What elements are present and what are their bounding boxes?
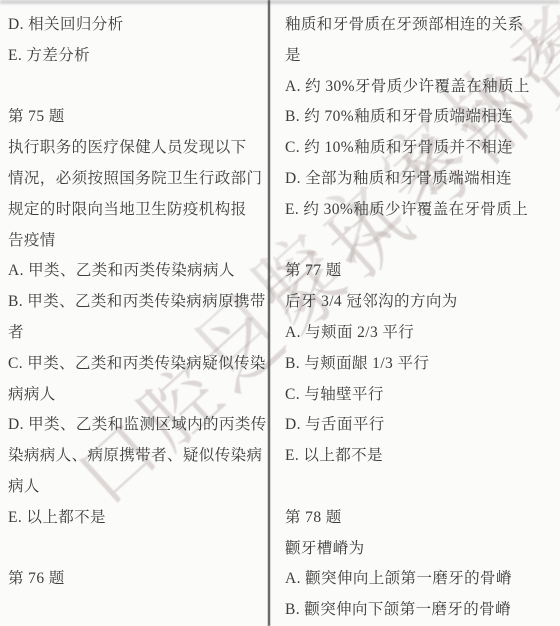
option-line: E. 以上都不是 [285, 441, 560, 472]
question-78-number: 第 78 题 [285, 503, 560, 534]
right-column: 釉质和牙骨质在牙颈部相连的关系 是 A. 约 30%牙骨质少许覆盖在釉质上 B.… [285, 0, 560, 626]
option-line-wrap: 病病人 [8, 380, 266, 411]
spacer-line [8, 534, 266, 565]
option-line: B. 与颊面龈 1/3 平行 [285, 349, 560, 380]
spacer-line [285, 472, 560, 503]
question-77-stem-line: 后牙 3/4 冠邻沟的方向为 [285, 287, 560, 318]
question-75-stem-line: 执行职务的医疗保健人员发现以下 [8, 133, 266, 164]
option-line: E. 方差分析 [8, 41, 266, 72]
option-line-wrap: 病人 [8, 472, 266, 503]
question-76-stem-line: 釉质和牙骨质在牙颈部相连的关系 [285, 10, 560, 41]
option-line: C. 约 10%釉质和牙骨质并不相连 [285, 133, 560, 164]
option-line: A. 甲类、乙类和丙类传染病病人 [8, 256, 266, 287]
question-76-number: 第 76 题 [8, 564, 266, 595]
option-line: A. 约 30%牙骨质少许覆盖在釉质上 [285, 72, 560, 103]
option-line: D. 甲类、乙类和监测区域内的丙类传 [8, 410, 266, 441]
question-77-number: 第 77 题 [285, 256, 560, 287]
option-line: A. 颧突伸向上颌第一磨牙的骨嵴 [285, 564, 560, 595]
column-divider [268, 0, 270, 626]
exam-question-page: 口腔之家执考部资料 口腔之家执考部资料 D. 相关回归分析 E. 方差分析 第 … [0, 0, 560, 626]
spacer-line [8, 595, 266, 626]
question-75-number: 第 75 题 [8, 102, 266, 133]
option-line: D. 相关回归分析 [8, 10, 266, 41]
left-column: D. 相关回归分析 E. 方差分析 第 75 题 执行职务的医疗保健人员发现以下… [8, 0, 266, 626]
option-line-wrap: 染病病人、病原携带者、疑似传染病 [8, 441, 266, 472]
option-line-wrap: 者 [8, 318, 266, 349]
option-line: E. 约 30%釉质少许覆盖在牙骨质上 [285, 195, 560, 226]
option-line: B. 甲类、乙类和丙类传染病病原携带 [8, 287, 266, 318]
cropped-line-remnant [0, 0, 560, 4]
option-line: B. 约 70%釉质和牙骨质端端相连 [285, 102, 560, 133]
question-76-stem-line: 是 [285, 41, 560, 72]
question-75-stem-line: 告疫情 [8, 226, 266, 257]
option-line: C. 与轴壁平行 [285, 380, 560, 411]
spacer-line [285, 226, 560, 257]
option-line: C. 甲类、乙类和丙类传染病疑似传染 [8, 349, 266, 380]
spacer-line [8, 72, 266, 103]
question-78-stem-line: 颧牙槽嵴为 [285, 534, 560, 565]
option-line: D. 全部为釉质和牙骨质端端相连 [285, 164, 560, 195]
option-line: A. 与颊面 2/3 平行 [285, 318, 560, 349]
option-line: B. 颧突伸向下颌第一磨牙的骨嵴 [285, 595, 560, 626]
option-line: D. 与舌面平行 [285, 410, 560, 441]
question-75-stem-line: 情况，必须按照国务院卫生行政部门 [8, 164, 266, 195]
question-75-stem-line: 规定的时限向当地卫生防疫机构报 [8, 195, 266, 226]
option-line: E. 以上都不是 [8, 503, 266, 534]
